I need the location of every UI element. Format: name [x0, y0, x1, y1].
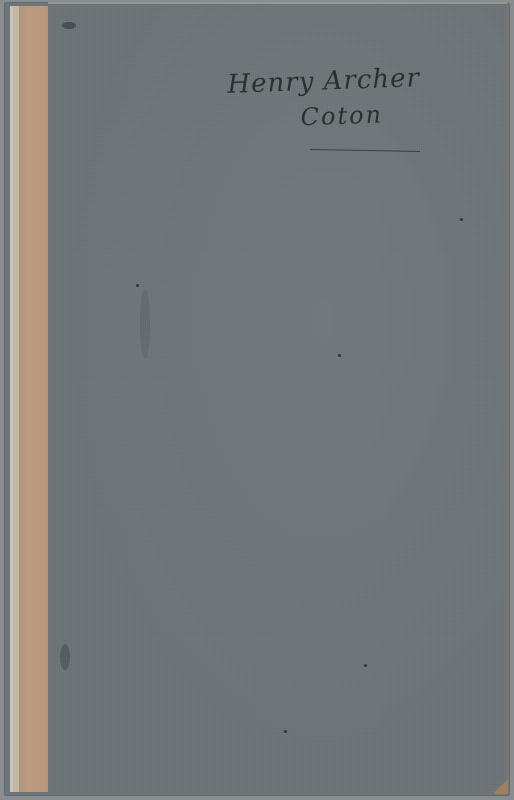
spine-frayed-edge: [13, 6, 19, 792]
inscription-name: Henry Archer: [227, 62, 448, 100]
speck: [136, 284, 139, 287]
speck: [460, 218, 463, 221]
worn-corner: [494, 778, 508, 794]
inscription-place: Coton: [300, 98, 449, 131]
handwritten-inscription: Henry Archer Coton: [227, 62, 449, 134]
ink-stain-top: [62, 22, 76, 29]
speck: [338, 354, 341, 357]
water-mark: [140, 289, 150, 359]
speck: [284, 730, 287, 733]
speck: [364, 664, 367, 667]
ink-stain-bottom: [60, 644, 70, 670]
